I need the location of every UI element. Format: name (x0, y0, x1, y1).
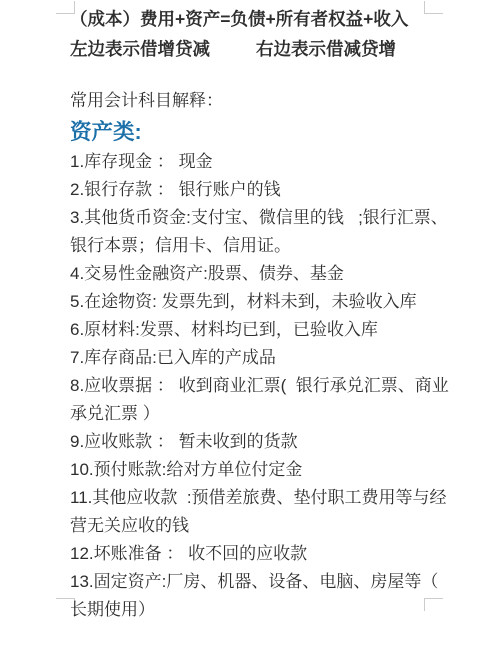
asset-item-11: 11.其他应收款 :预借差旅费、垫付职工费用等与经 营无关应收的钱 (70, 484, 472, 540)
section-intro: 常用会计科目解释： (70, 86, 472, 116)
asset-item-2: 2.银行存款 ： 银行账户的钱 (70, 176, 472, 204)
asset-item-7: 7.库存商品:已入库的产成品 (70, 344, 472, 372)
accounting-equation: （成本）费用+资产=负债+所有者权益+收入 (70, 4, 472, 34)
asset-item-4: 4.交易性金融资产:股票、债券、基金 (70, 260, 472, 288)
document-page: { "colors": { "background": "#ffffff", "… (0, 0, 500, 658)
asset-item-9: 9.应收账款 ： 暂未收到的货款 (70, 428, 472, 456)
asset-item-5: 5.在途物资: 发票先到，材料未到，未验收入库 (70, 288, 472, 316)
asset-item-13: 13.固定资产:厂房、机器、设备、电脑、房屋等（ 长期使用） (70, 568, 472, 624)
rule-left-text: 左边表示借增贷减 (70, 39, 210, 59)
asset-item-6: 6.原材料:发票、材料均已到，已验收入库 (70, 316, 472, 344)
asset-item-3: 3.其他货币资金:支付宝、微信里的钱 ;银行汇票、 银行本票；信用卡、信用证。 (70, 204, 472, 260)
page-content: （成本）费用+资产=负债+所有者权益+收入 左边表示借增贷减右边表示借减贷增 常… (70, 4, 472, 624)
asset-item-1: 1.库存现金 ： 现金 (70, 148, 472, 176)
asset-item-12: 12.坏账准备 ： 收不回的应收款 (70, 540, 472, 568)
asset-item-8: 8.应收票据 ： 收到商业汇票( 银行承兑汇票、商业 承兑汇票 ） (70, 372, 472, 428)
rule-right-text: 右边表示借减贷增 (256, 39, 396, 59)
debit-credit-rule: 左边表示借增贷减右边表示借减贷增 (70, 34, 472, 64)
asset-item-10: 10.预付账款:给对方单位付定金 (70, 456, 472, 484)
section-title-assets: 资产类: (70, 116, 472, 148)
